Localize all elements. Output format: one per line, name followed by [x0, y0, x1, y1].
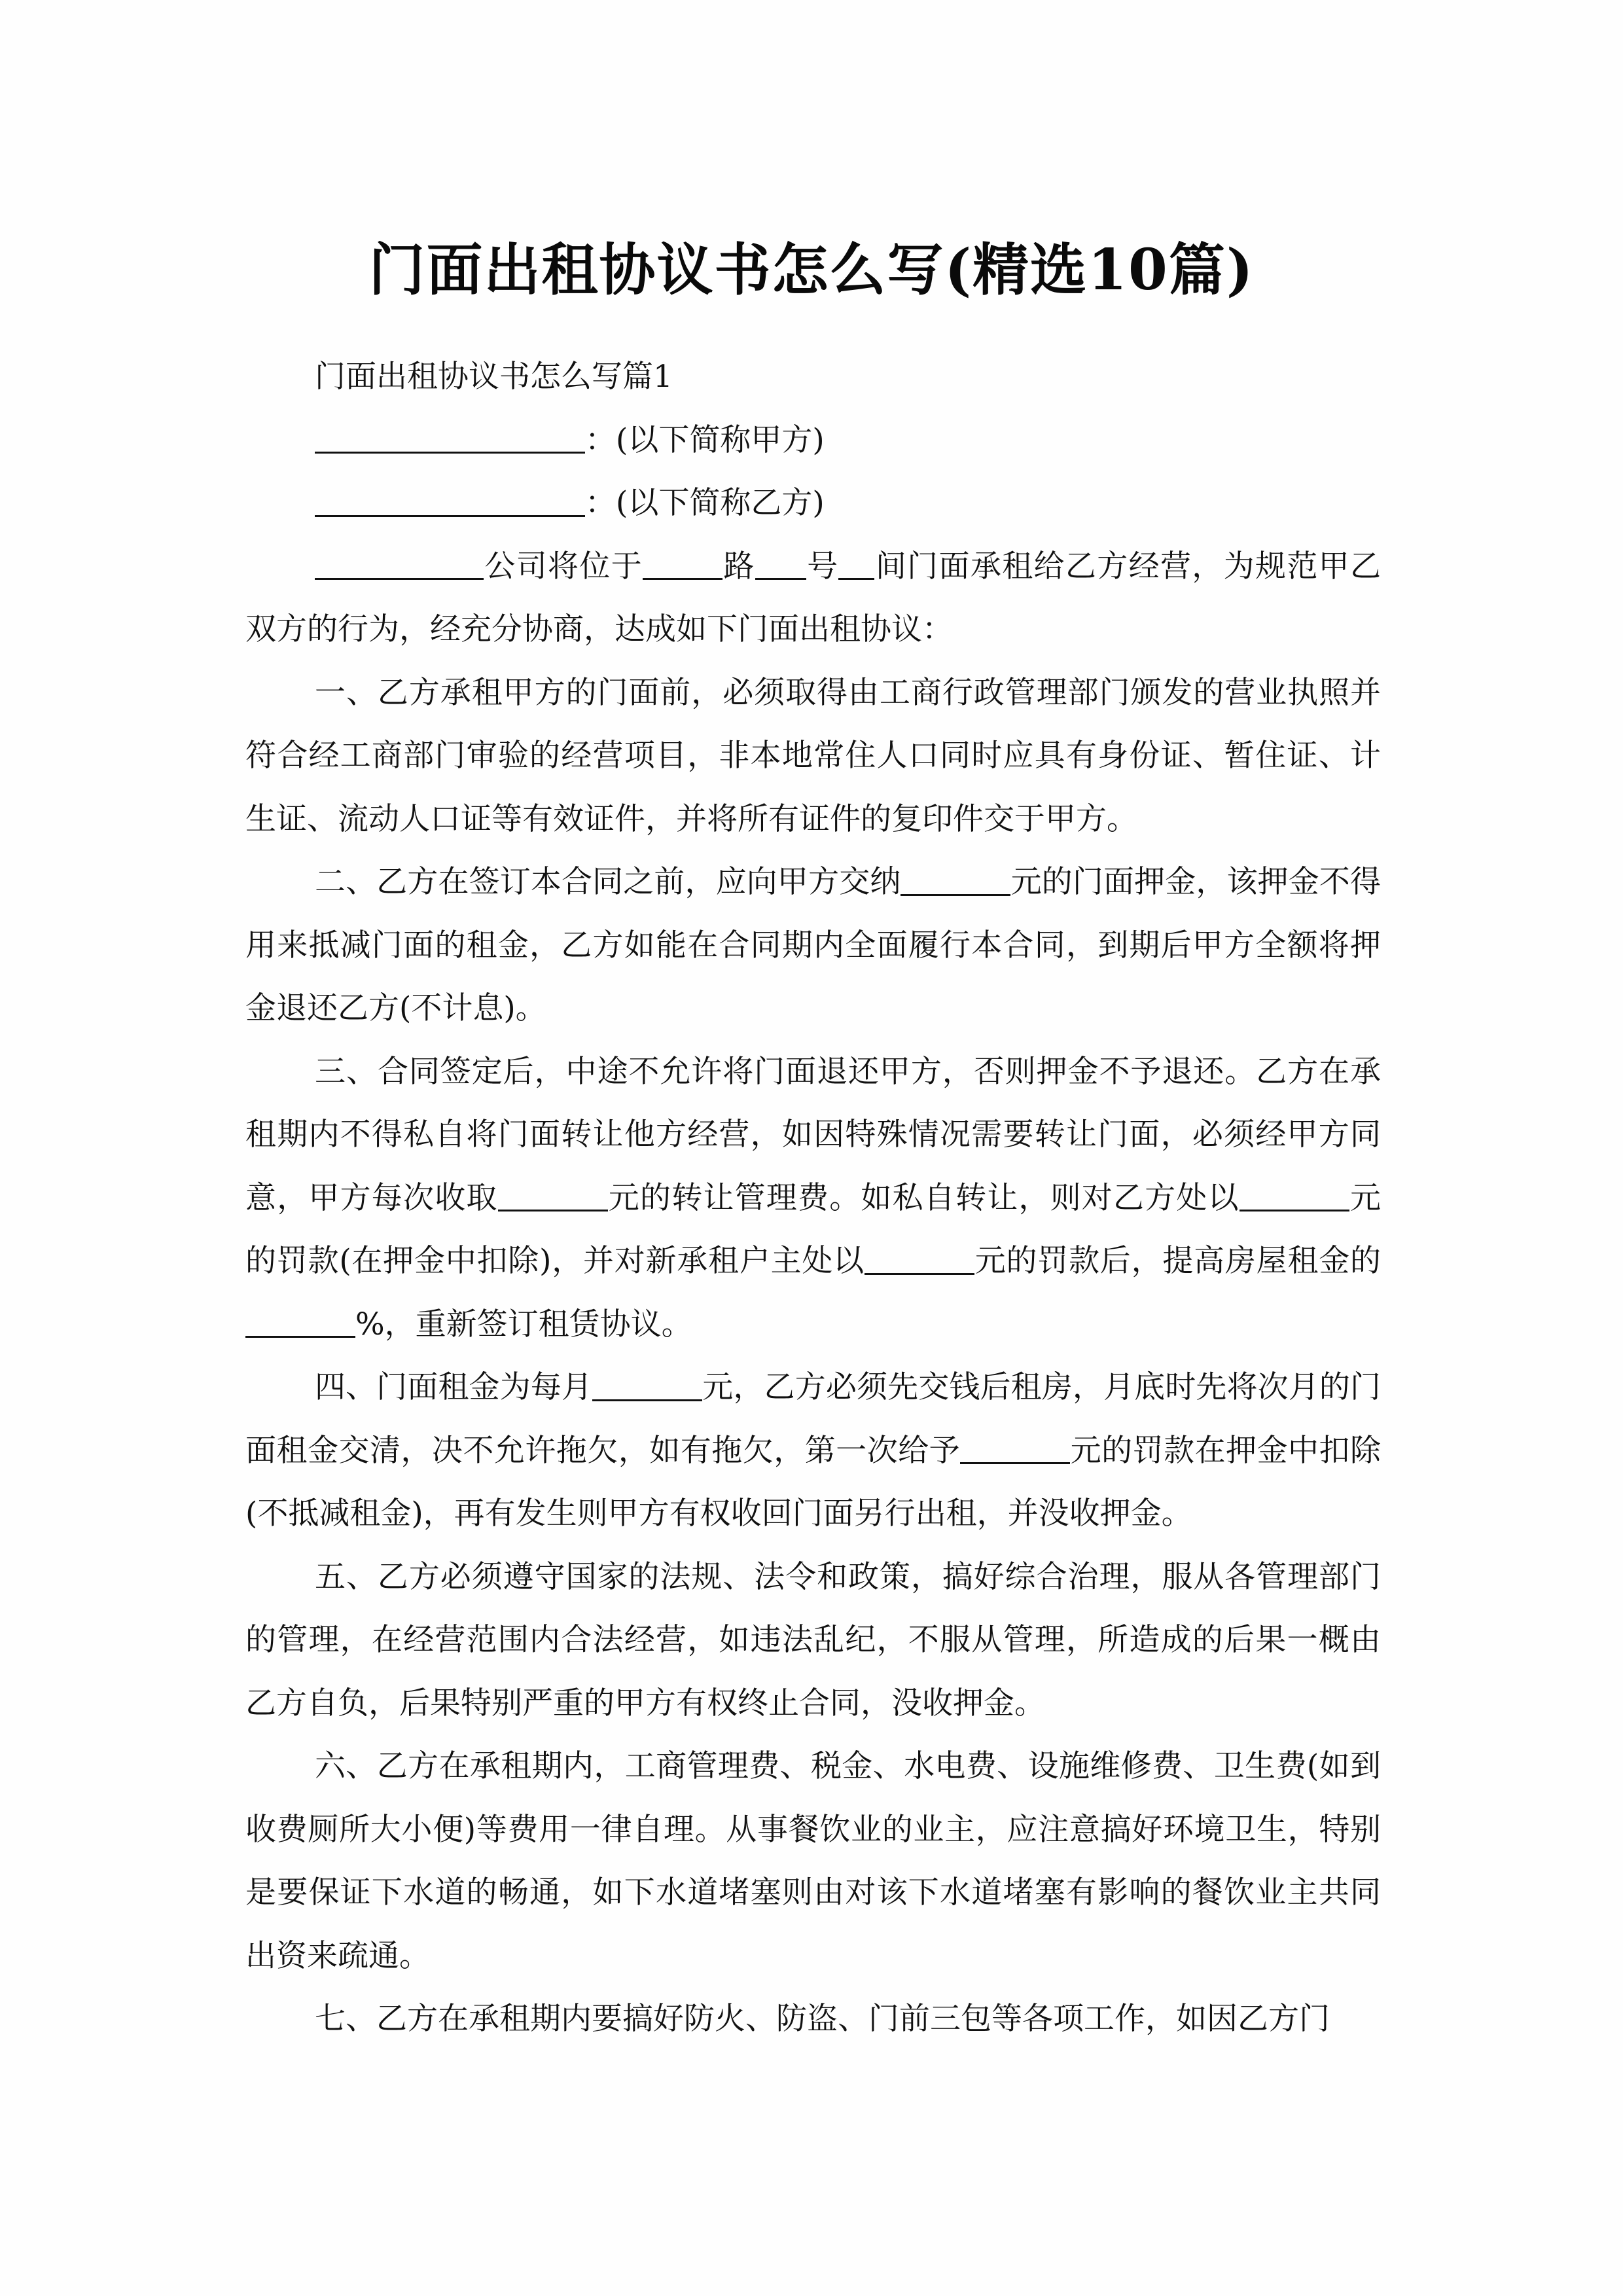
paragraph-clause-6: 六、乙方在承租期内，工商管理费、税金、水电费、设施维修费、卫生费(如到收费厕所大…	[245, 1735, 1381, 1988]
paragraph-text: 五、乙方必须遵守国家的法规、法令和政策，搞好综合治理，服从各管理部门的管理，在经…	[245, 1559, 1381, 1721]
paragraph-text: 四、门面租金为每月	[315, 1369, 592, 1405]
fill-in-blank[interactable]	[498, 1180, 608, 1211]
paragraph-text: 七、乙方在承租期内要搞好防火、防盗、门前三包等各项工作，如因乙方门	[315, 2001, 1330, 2037]
paragraph-text: 路	[722, 548, 755, 584]
document-body: 门面出租协议书怎么写篇1 ：(以下简称甲方) ：(以下简称乙方) 公司将位于路号…	[245, 346, 1381, 2051]
paragraph-clause-1: 一、乙方承租甲方的门面前，必须取得由工商行政管理部门颁发的营业执照并符合经工商部…	[245, 662, 1381, 852]
contract-clauses: 公司将位于路号间门面承租给乙方经营，为规范甲乙双方的行为，经充分协商，达成如下门…	[245, 535, 1381, 2051]
paragraph-intro: 公司将位于路号间门面承租给乙方经营，为规范甲乙双方的行为，经充分协商，达成如下门…	[245, 535, 1381, 662]
paragraph-text: 六、乙方在承租期内，工商管理费、税金、水电费、设施维修费、卫生费(如到收费厕所大…	[245, 1748, 1381, 1974]
paragraph-text: %，重新签订租赁协议。	[355, 1306, 692, 1342]
fill-in-blank[interactable]	[643, 548, 722, 580]
fill-in-blank[interactable]	[1240, 1180, 1349, 1211]
paragraph-text: 二、乙方在签订本合同之前，应向甲方交纳	[315, 864, 901, 900]
paragraph-text: 号	[806, 548, 839, 584]
paragraph-text: 元的转让管理费。如私自转让，则对乙方处以	[608, 1180, 1240, 1216]
party-b-label: ：(以下简称乙方)	[585, 485, 825, 521]
party-a-label: ：(以下简称甲方)	[585, 422, 825, 458]
paragraph-clause-7: 七、乙方在承租期内要搞好防火、防盗、门前三包等各项工作，如因乙方门	[245, 1988, 1381, 2051]
paragraph-clause-2: 二、乙方在签订本合同之前，应向甲方交纳元的门面押金，该押金不得用来抵减门面的租金…	[245, 851, 1381, 1041]
fill-in-blank[interactable]	[865, 1244, 974, 1275]
party-b-line: ：(以下简称乙方)	[245, 472, 1381, 535]
paragraph-clause-3: 三、合同签定后，中途不允许将门面退还甲方，否则押金不予退还。乙方在承租期内不得私…	[245, 1041, 1381, 1357]
document-title: 门面出租协议书怎么写(精选10篇)	[0, 234, 1623, 306]
paragraph-text: 公司将位于	[484, 548, 643, 584]
fill-in-blank[interactable]	[592, 1370, 702, 1401]
fill-in-blank[interactable]	[755, 548, 806, 580]
party-a-line: ：(以下简称甲方)	[245, 409, 1381, 473]
section-heading: 门面出租协议书怎么写篇1	[245, 346, 1381, 409]
paragraph-text: 一、乙方承租甲方的门面前，必须取得由工商行政管理部门颁发的营业执照并符合经工商部…	[245, 675, 1381, 837]
fill-in-blank[interactable]	[838, 548, 874, 580]
fill-in-blank[interactable]	[901, 865, 1010, 896]
fill-in-blank[interactable]	[245, 1306, 355, 1338]
party-a-blank[interactable]	[315, 422, 585, 454]
document-page: 门面出租协议书怎么写(精选10篇) 门面出租协议书怎么写篇1 ：(以下简称甲方)…	[0, 0, 1623, 2296]
paragraph-clause-4: 四、门面租金为每月元，乙方必须先交钱后租房，月底时先将次月的门面租金交清，决不允…	[245, 1356, 1381, 1546]
paragraph-text: 元的罚款后，提高房屋租金的	[974, 1243, 1381, 1279]
party-b-blank[interactable]	[315, 486, 585, 517]
fill-in-blank[interactable]	[315, 548, 484, 580]
fill-in-blank[interactable]	[960, 1433, 1070, 1464]
paragraph-clause-5: 五、乙方必须遵守国家的法规、法令和政策，搞好综合治理，服从各管理部门的管理，在经…	[245, 1546, 1381, 1736]
